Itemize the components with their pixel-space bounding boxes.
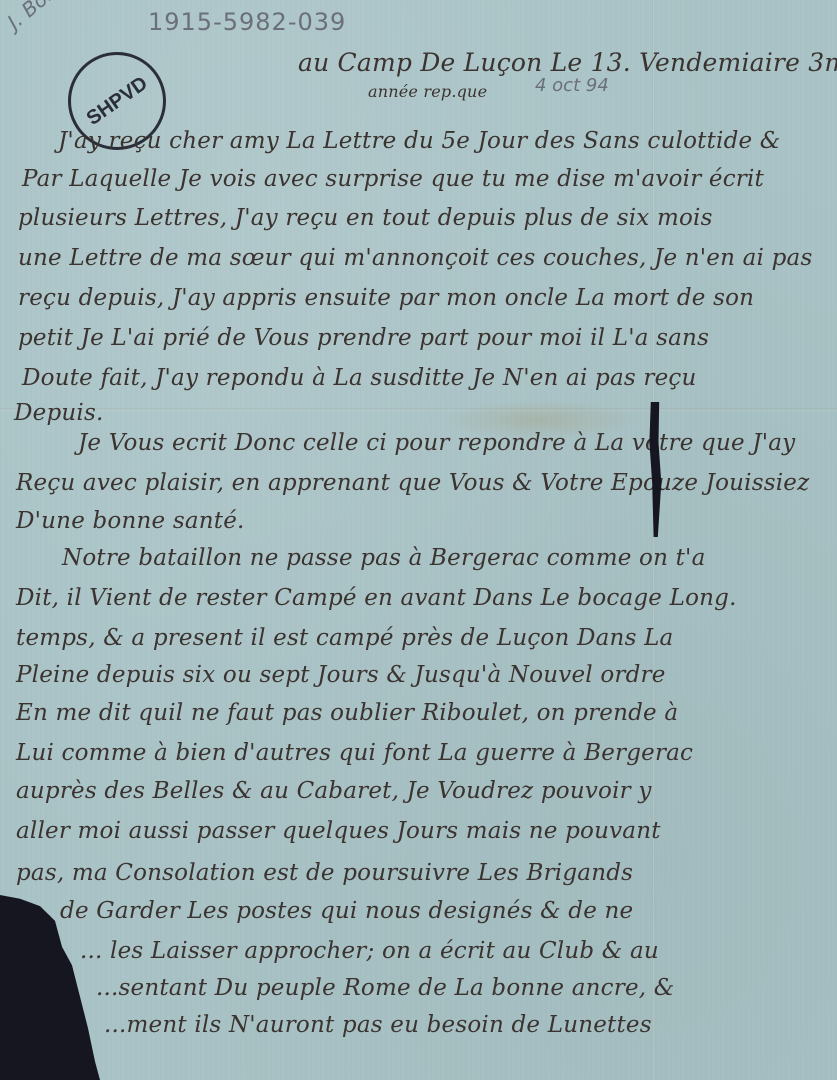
body-line: reçu depuis, J'ay appris ensuite par mon…	[18, 285, 754, 311]
body-line: Reçu avec plaisir, en apprenant que Vous…	[16, 470, 809, 496]
horizontal-fold	[0, 408, 837, 411]
body-line: Pleine depuis six ou sept Jours & Jusqu'…	[16, 662, 666, 688]
body-line: pas, ma Consolation est de poursuivre Le…	[16, 860, 633, 886]
body-line: Doute fait, J'ay repondu à La susditte J…	[22, 365, 697, 391]
body-line: Notre bataillon ne passe pas à Bergerac …	[62, 545, 706, 571]
vertical-fold	[652, 0, 655, 1080]
body-line: Lui comme à bien d'autres qui font La gu…	[16, 740, 693, 766]
body-line: aller moi aussi passer quelques Jours ma…	[16, 818, 661, 844]
heading-year: année rep.que	[368, 82, 487, 101]
body-line: plusieurs Lettres, J'ay reçu en tout dep…	[18, 205, 713, 231]
body-line: ...sentant Du peuple Rome de La bonne an…	[96, 975, 674, 1001]
body-line: J'ay reçu cher amy La Lettre du 5e Jour …	[58, 128, 780, 154]
body-line: D'une bonne santé.	[16, 508, 245, 534]
body-line: Je Vous ecrit Donc celle ci pour repondr…	[78, 430, 795, 456]
body-line: ... de Garder Les postes qui nous design…	[30, 898, 633, 924]
author-note: J. Bonnet.	[3, 0, 92, 34]
body-line: Par Laquelle Je vois avec surprise que t…	[22, 166, 764, 192]
body-line: une Lettre de ma sœur qui m'annonçoit ce…	[18, 245, 812, 271]
body-line: Depuis.	[14, 400, 103, 426]
body-line: temps, & a present il est campé près de …	[16, 625, 673, 651]
body-line: petit Je L'ai prié de Vous prendre part …	[18, 325, 709, 351]
body-line: ... les Laisser approcher; on a écrit au…	[80, 938, 659, 964]
date-note: 4 oct 94	[535, 75, 609, 96]
body-line: ...ment ils N'auront pas eu besoin de Lu…	[104, 1012, 652, 1038]
body-line: En me dit quil ne faut pas oublier Ribou…	[16, 700, 678, 726]
letter-page: J. Bonnet. 1915-5982-039 SHPVD au Camp D…	[0, 0, 837, 1080]
archive-number: 1915-5982-039	[148, 8, 346, 36]
body-line: auprès des Belles & au Cabaret, Je Voudr…	[16, 778, 652, 804]
body-line: Dit, il Vient de rester Campé en avant D…	[16, 585, 737, 611]
stamp-text: SHPVD	[82, 72, 152, 130]
heading-place-date: au Camp De Luçon Le 13. Vendemiaire 3me	[298, 48, 837, 77]
